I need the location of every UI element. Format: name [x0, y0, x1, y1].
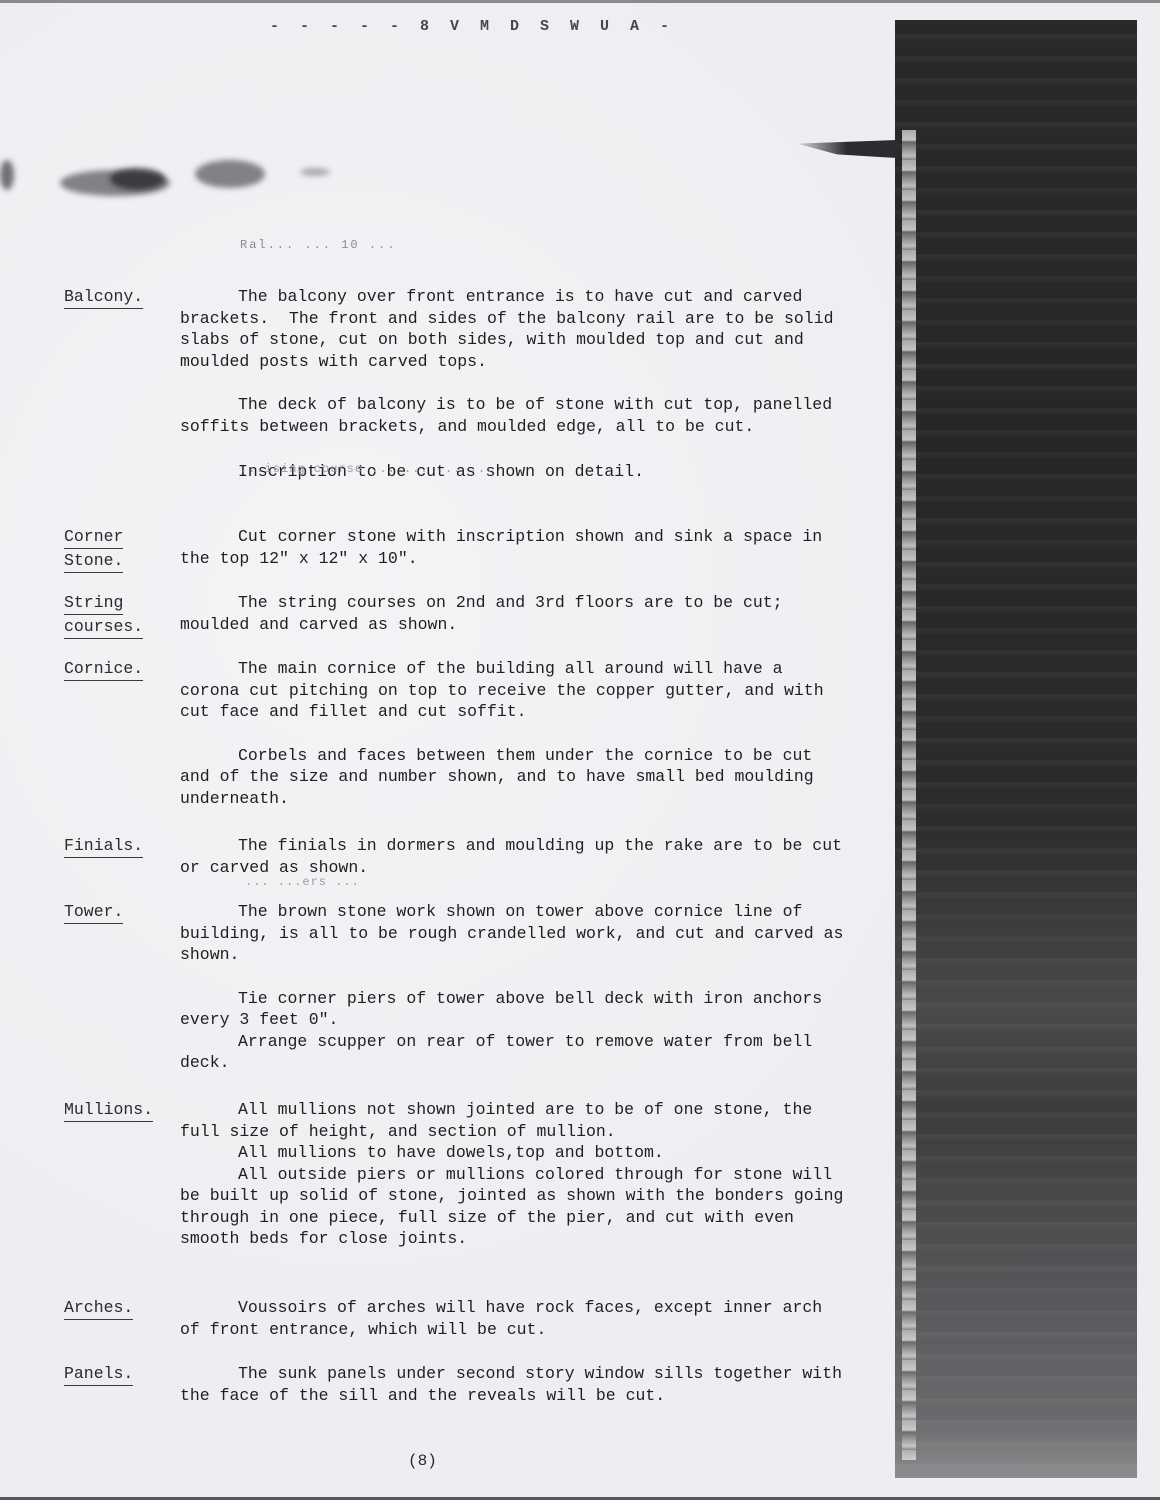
ink-smudge — [0, 160, 14, 190]
section-label: Panels. — [64, 1363, 182, 1386]
ink-smudge — [195, 160, 265, 188]
paragraph: The brown stone work shown on tower abov… — [180, 901, 844, 966]
paragraph: All outside piers or mullions colored th… — [180, 1164, 844, 1250]
section-label: Mullions. — [64, 1099, 182, 1122]
section-finials: Finials. The finials in dormers and moul… — [64, 835, 844, 878]
section-arches: Arches. Voussoirs of arches will have ro… — [64, 1297, 844, 1340]
section-corner-stone: Corner Stone. Cut corner stone with insc… — [64, 526, 844, 569]
paragraph: The deck of balcony is to be of stone wi… — [180, 394, 844, 437]
paragraph: The string courses on 2nd and 3rd floors… — [180, 592, 844, 635]
section-label: Arches. — [64, 1297, 182, 1320]
paragraph: The finials in dormers and moulding up t… — [180, 835, 844, 878]
faded-note: Ral... ... 10 ... — [240, 238, 396, 252]
section-balcony: Balcony. The balcony over front entrance… — [64, 286, 844, 483]
paragraph: The balcony over front entrance is to ha… — [180, 286, 844, 372]
section-label: Tower. — [64, 901, 182, 924]
paragraph: The main cornice of the building all aro… — [180, 658, 844, 723]
header-artifact: - - - - - 8 V M D S W U A - — [270, 18, 675, 35]
strip-edge-texture — [902, 130, 916, 1460]
page-number: (8) — [408, 1452, 437, 1470]
paragraph: Corbels and faces between them under the… — [180, 745, 844, 810]
scanned-page: - - - - - 8 V M D S W U A - Ral... ... 1… — [0, 0, 1160, 1500]
ink-smudge — [300, 168, 330, 176]
scan-top-edge — [0, 0, 1160, 3]
section-mullions: Mullions. All mullions not shown jointed… — [64, 1099, 844, 1250]
paragraph: Tie corner piers of tower above bell dec… — [180, 988, 844, 1031]
paragraph: Cut corner stone with inscription shown … — [180, 526, 844, 569]
paragraph: All mullions not shown jointed are to be… — [180, 1099, 844, 1142]
strip-arrow-mark — [797, 140, 897, 158]
paragraph: The sunk panels under second story windo… — [180, 1363, 844, 1406]
paragraph: All mullions to have dowels,top and bott… — [180, 1142, 844, 1164]
dark-scan-strip — [895, 20, 1137, 1478]
section-label: Finials. — [64, 835, 182, 858]
section-cornice: Cornice. The main cornice of the buildin… — [64, 658, 844, 809]
paragraph: Arrange scupper on rear of tower to remo… — [180, 1031, 844, 1074]
section-panels: Panels. The sunk panels under second sto… — [64, 1363, 844, 1406]
paragraph: Voussoirs of arches will have rock faces… — [180, 1297, 844, 1340]
ghost-text: ...ising course ... ... ... ... — [240, 462, 494, 476]
section-string-courses: String courses. The string courses on 2n… — [64, 592, 844, 635]
ink-smudge — [110, 168, 165, 190]
section-tower: Tower. The brown stone work shown on tow… — [64, 901, 844, 1074]
section-label: String courses. — [64, 592, 182, 640]
section-label: Balcony. — [64, 286, 182, 309]
section-label: Corner Stone. — [64, 526, 182, 574]
ghost-text: ... ...ers ... — [245, 875, 360, 889]
section-label: Cornice. — [64, 658, 182, 681]
